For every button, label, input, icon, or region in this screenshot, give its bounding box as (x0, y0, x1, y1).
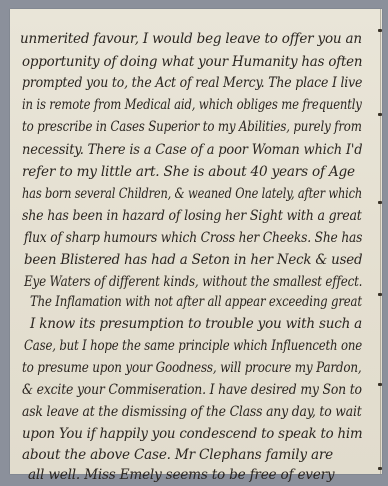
letter-line: to prescribe in Cases Superior to my Abi… (22, 119, 362, 135)
letter-line: to presume upon your Goodness, will proc… (22, 360, 362, 376)
binding-mark (378, 201, 382, 204)
letter-page: unmerited favour, I would beg leave to o… (10, 9, 382, 474)
letter-line: upon You if happily you condescend to sp… (22, 426, 362, 442)
page-fold-line (380, 9, 381, 474)
letter-line: about the above Case. Mr Clephans family… (22, 447, 333, 463)
letter-line: Case, but I hope the same principle whic… (24, 338, 362, 354)
letter-line: refer to my little art. She is about 40 … (22, 164, 355, 180)
letter-line: I know its presumption to trouble you wi… (30, 316, 362, 332)
letter-line: The Inflamation with not after all appea… (30, 294, 362, 310)
binding-mark (378, 467, 382, 470)
letter-line: in is remote from Medical aid, which obl… (22, 97, 362, 113)
letter-line: necessity. There is a Case of a poor Wom… (22, 142, 362, 158)
letter-line: has born several Children, & weaned One … (22, 186, 362, 202)
letter-line: unmerited favour, I would beg leave to o… (20, 31, 362, 47)
letter-line: all well. Miss Emely seems to be free of… (28, 467, 334, 483)
letter-line: opportunity of doing what your Humanity … (22, 54, 362, 70)
binding-mark (378, 383, 382, 386)
binding-mark (378, 113, 382, 116)
binding-mark (378, 29, 382, 32)
letter-line: flux of sharp humours which Cross her Ch… (24, 230, 362, 246)
binding-mark (378, 293, 382, 296)
letter-line: & excite your Commiseration. I have desi… (22, 382, 362, 398)
letter-line: ask leave at the dismissing of the Class… (22, 404, 362, 420)
letter-line: Eye Waters of different kinds, without t… (24, 274, 362, 290)
letter-line: been Blistered has had a Seton in her Ne… (24, 252, 362, 268)
letter-line: she has been in hazard of losing her Sig… (22, 208, 362, 224)
letter-line: prompted you to, the Act of real Mercy. … (22, 75, 362, 91)
